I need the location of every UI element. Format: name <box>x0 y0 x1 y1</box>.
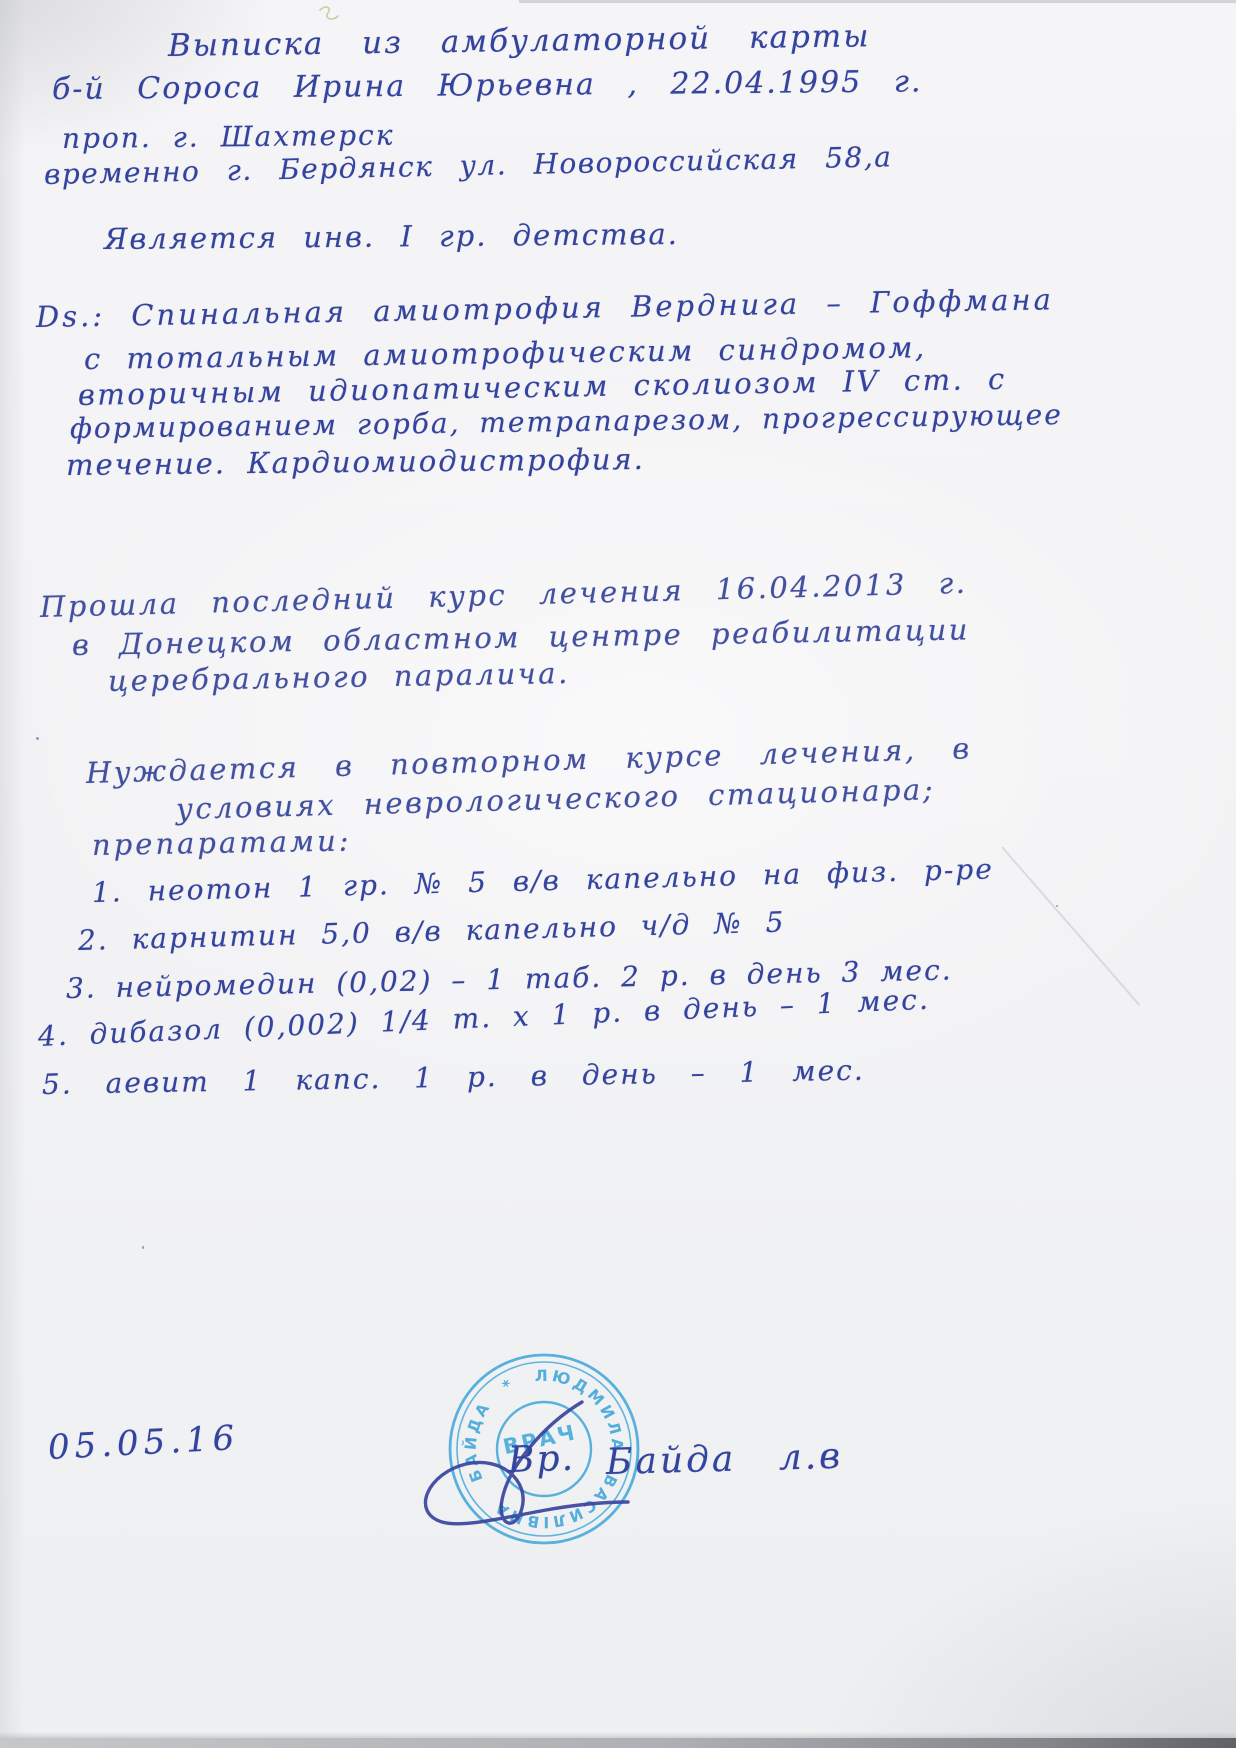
doc-title: Выписка из амбулаторной карты <box>168 18 871 64</box>
paper-crease <box>1001 846 1140 1006</box>
medication-item: 2. карнитин 5,0 в/в капельно ч/д № 5 <box>78 905 786 957</box>
medication-item: 1. неотон 1 гр. № 5 в/в капельно на физ.… <box>92 852 995 909</box>
signature-prefix: Вр. <box>507 1438 575 1481</box>
scan-bottom-edge <box>0 1738 1236 1748</box>
ink-speck <box>142 1246 144 1249</box>
scanned-document-page: Выписка из амбулаторной карты б-й Сороса… <box>0 0 1236 1748</box>
ink-speck <box>36 737 39 740</box>
diagnosis-line: Ds.: Спинальная амиотрофия Верднига – Го… <box>36 282 1054 334</box>
diagnosis-line: течение. Кардиомиодистрофия. <box>66 442 645 482</box>
signature-name: Байда л.в <box>605 1436 843 1483</box>
disability-status-line: Является инв. I гр. детства. <box>104 217 679 256</box>
residence-line: проп. г. Шахтерск <box>62 119 395 155</box>
ink-speck <box>1056 905 1058 907</box>
scan-top-edge <box>519 0 1236 3</box>
need-line: препаратами: <box>92 823 352 862</box>
patient-line: б-й Сороса Ирина Юрьевна , 22.04.1995 г. <box>52 64 923 107</box>
history-line: в Донецком областном центре реабилитации <box>72 612 970 662</box>
document-date: 05.05.16 <box>47 1418 240 1468</box>
medication-item: 5. аевит 1 капс. 1 р. в день – 1 мес. <box>42 1054 865 1101</box>
history-line: церебрального паралича. <box>108 656 570 698</box>
pencil-mark <box>316 2 342 28</box>
